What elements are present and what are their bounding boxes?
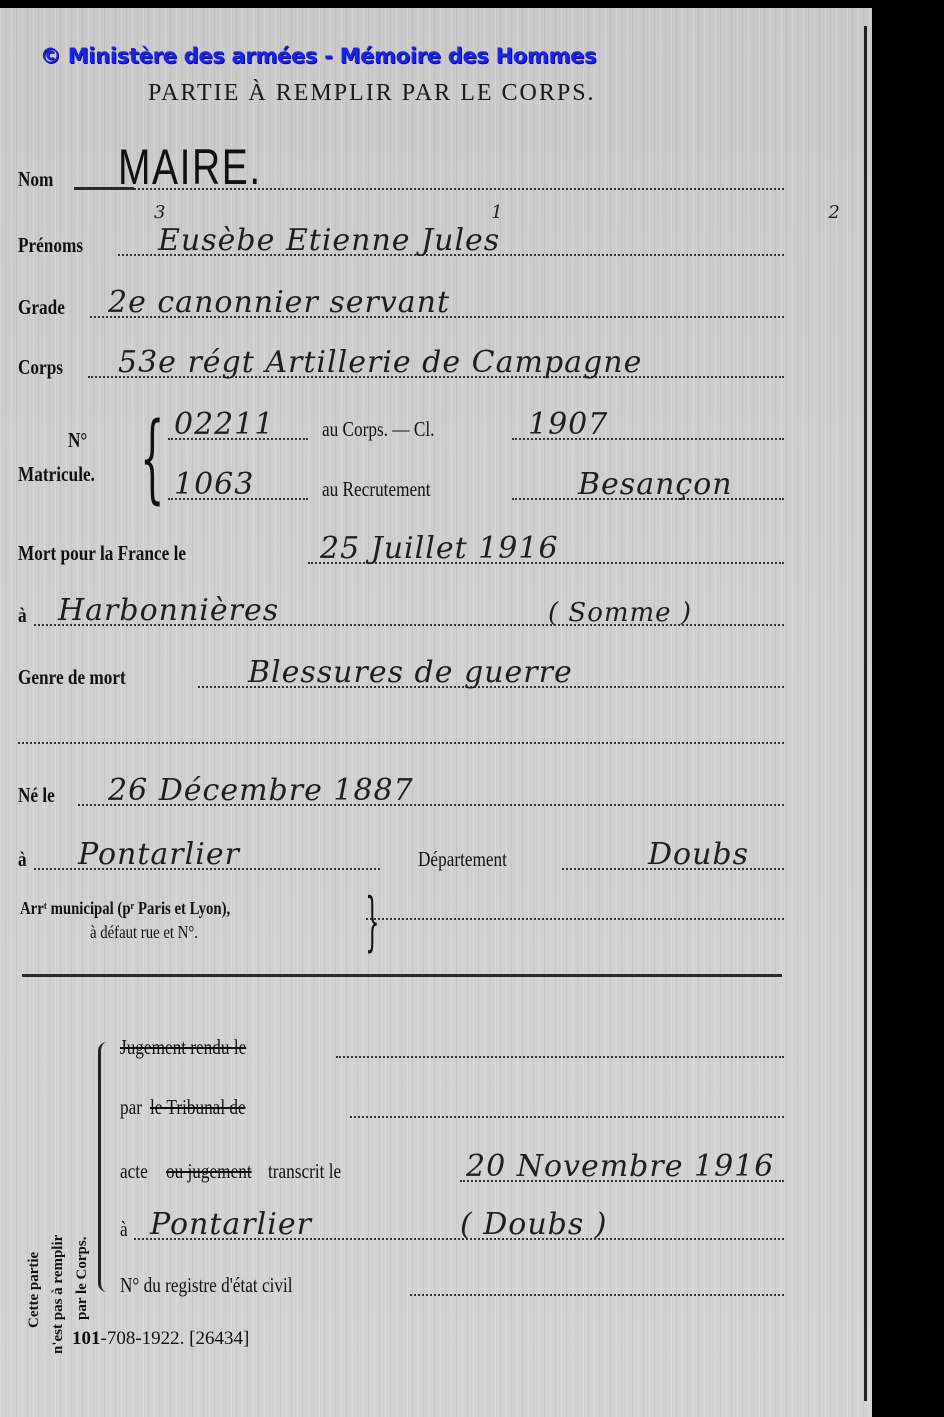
record-card: © Ministère des armées - Mémoire des Hom… xyxy=(0,8,872,1417)
matricule-corps-row: 02211 au Corps. — Cl. 1907 xyxy=(168,406,784,446)
matricule-recrutement-row: 1063 au Recrutement Besançon xyxy=(168,466,784,506)
field-prenoms: Prénoms 3 1 2 Eusèbe Etienne Jules xyxy=(18,222,784,262)
arrondissement-label-2: à défaut rue et N°. xyxy=(90,922,198,943)
registre-label: N° du registre d'état civil xyxy=(120,1273,293,1298)
field-blank xyxy=(18,710,784,750)
jugement-line xyxy=(336,1056,784,1058)
genre-mort-value: Blessures de guerre xyxy=(248,655,573,690)
field-tribunal: par le Tribunal de xyxy=(120,1084,784,1124)
arrondissement-line xyxy=(366,918,784,920)
field-acte: acte ou jugement transcrit le 20 Novembr… xyxy=(120,1148,784,1188)
field-lieu-naissance: à Pontarlier Département Doubs xyxy=(18,836,784,876)
arrondissement-brace: { xyxy=(365,890,379,954)
print-code: 101-708-1922. [26434] xyxy=(72,1328,249,1350)
matricule-label-no: N° xyxy=(68,428,87,453)
civil-side-note: Cette partie n'est pas à remplir par le … xyxy=(12,1098,112,1298)
matricule-recrutement-value: Besançon xyxy=(578,467,733,502)
acte-label-struck: ou jugement xyxy=(166,1159,252,1184)
field-naissance: Né le 26 Décembre 1887 xyxy=(18,772,784,812)
civil-brace xyxy=(98,1042,107,1292)
field-grade: Grade 2e canonnier servant xyxy=(18,284,784,324)
tribunal-label-plain: par xyxy=(120,1095,142,1120)
lieu-mort-label: à xyxy=(18,603,27,628)
section-separator xyxy=(22,974,782,977)
registre-line xyxy=(410,1294,784,1296)
arrondissement-label-1: Arrᵗ municipal (pʳ Paris et Lyon), xyxy=(20,898,230,919)
field-genre-mort: Genre de mort Blessures de guerre xyxy=(18,654,784,694)
lieu-mort-dept: ( Somme ) xyxy=(548,598,692,628)
lieu-naissance-value: Pontarlier xyxy=(78,837,240,872)
mort-value: 25 Juillet 1916 xyxy=(320,531,559,566)
side-note-line-3: par le Corps. xyxy=(74,1237,91,1320)
nom-value: MAIRE. xyxy=(118,138,262,196)
acte-label-2: transcrit le xyxy=(268,1159,341,1184)
field-lieu-mort: à Harbonnières ( Somme ) xyxy=(18,592,784,632)
print-code-rest: -708-1922. [26434] xyxy=(101,1328,250,1349)
field-corps: Corps 53e régt Artillerie de Campagne xyxy=(18,344,784,384)
genre-mort-label: Genre de mort xyxy=(18,665,126,690)
print-code-bold: 101 xyxy=(72,1328,101,1349)
matricule-recrutement-number: 1063 xyxy=(174,467,254,502)
corps-value: 53e régt Artillerie de Campagne xyxy=(118,345,642,380)
matricule-classe: 1907 xyxy=(528,407,608,442)
tribunal-label-struck: le Tribunal de xyxy=(150,1095,246,1120)
matricule-corps-number: 02211 xyxy=(174,407,274,442)
side-note-line-2: n'est pas à remplir xyxy=(50,1235,67,1354)
lieu-mort-value: Harbonnières xyxy=(58,593,279,628)
departement-label: Département xyxy=(418,847,507,872)
corps-label: Corps xyxy=(18,355,63,380)
lieu-acte-value: Pontarlier xyxy=(150,1207,312,1242)
grade-label: Grade xyxy=(18,295,65,320)
naissance-label: Né le xyxy=(18,783,55,808)
field-lieu-acte: à Pontarlier ( Doubs ) xyxy=(120,1206,784,1246)
prenoms-value: Eusèbe Etienne Jules xyxy=(158,223,500,258)
matricule-recrutement-label: au Recrutement xyxy=(322,477,431,502)
matricule-label: Matricule. xyxy=(18,462,95,487)
field-mort: Mort pour la France le 25 Juillet 1916 xyxy=(18,530,784,570)
grade-value: 2e canonnier servant xyxy=(108,285,450,320)
margin-rule xyxy=(864,26,867,1401)
form-heading: PARTIE À REMPLIR PAR LE CORPS. xyxy=(148,80,596,107)
acte-label-1: acte xyxy=(120,1159,148,1184)
naissance-value: 26 Décembre 1887 xyxy=(108,773,414,808)
prenoms-order-marks: 3 1 2 xyxy=(154,202,944,223)
lieu-acte-label: à xyxy=(120,1217,128,1242)
prenoms-label: Prénoms xyxy=(18,233,83,258)
tribunal-line xyxy=(350,1116,784,1118)
lieu-acte-dept: ( Doubs ) xyxy=(460,1207,608,1242)
acte-value: 20 Novembre 1916 xyxy=(466,1149,774,1184)
lieu-naissance-label: à xyxy=(18,847,27,872)
field-jugement: Jugement rendu le xyxy=(120,1024,784,1064)
nom-label: Nom xyxy=(18,167,53,192)
matricule-corps-label: au Corps. — Cl. xyxy=(322,417,434,442)
blank-line xyxy=(18,742,784,744)
jugement-label: Jugement rendu le xyxy=(120,1035,246,1060)
departement-value: Doubs xyxy=(648,837,749,872)
mort-label: Mort pour la France le xyxy=(18,541,186,566)
copyright-watermark: © Ministère des armées - Mémoire des Hom… xyxy=(40,44,596,68)
side-note-line-1: Cette partie xyxy=(26,1252,43,1328)
field-registre: N° du registre d'état civil xyxy=(120,1262,784,1302)
matricule-brace: { xyxy=(140,410,164,506)
field-nom: Nom MAIRE. xyxy=(18,156,784,196)
